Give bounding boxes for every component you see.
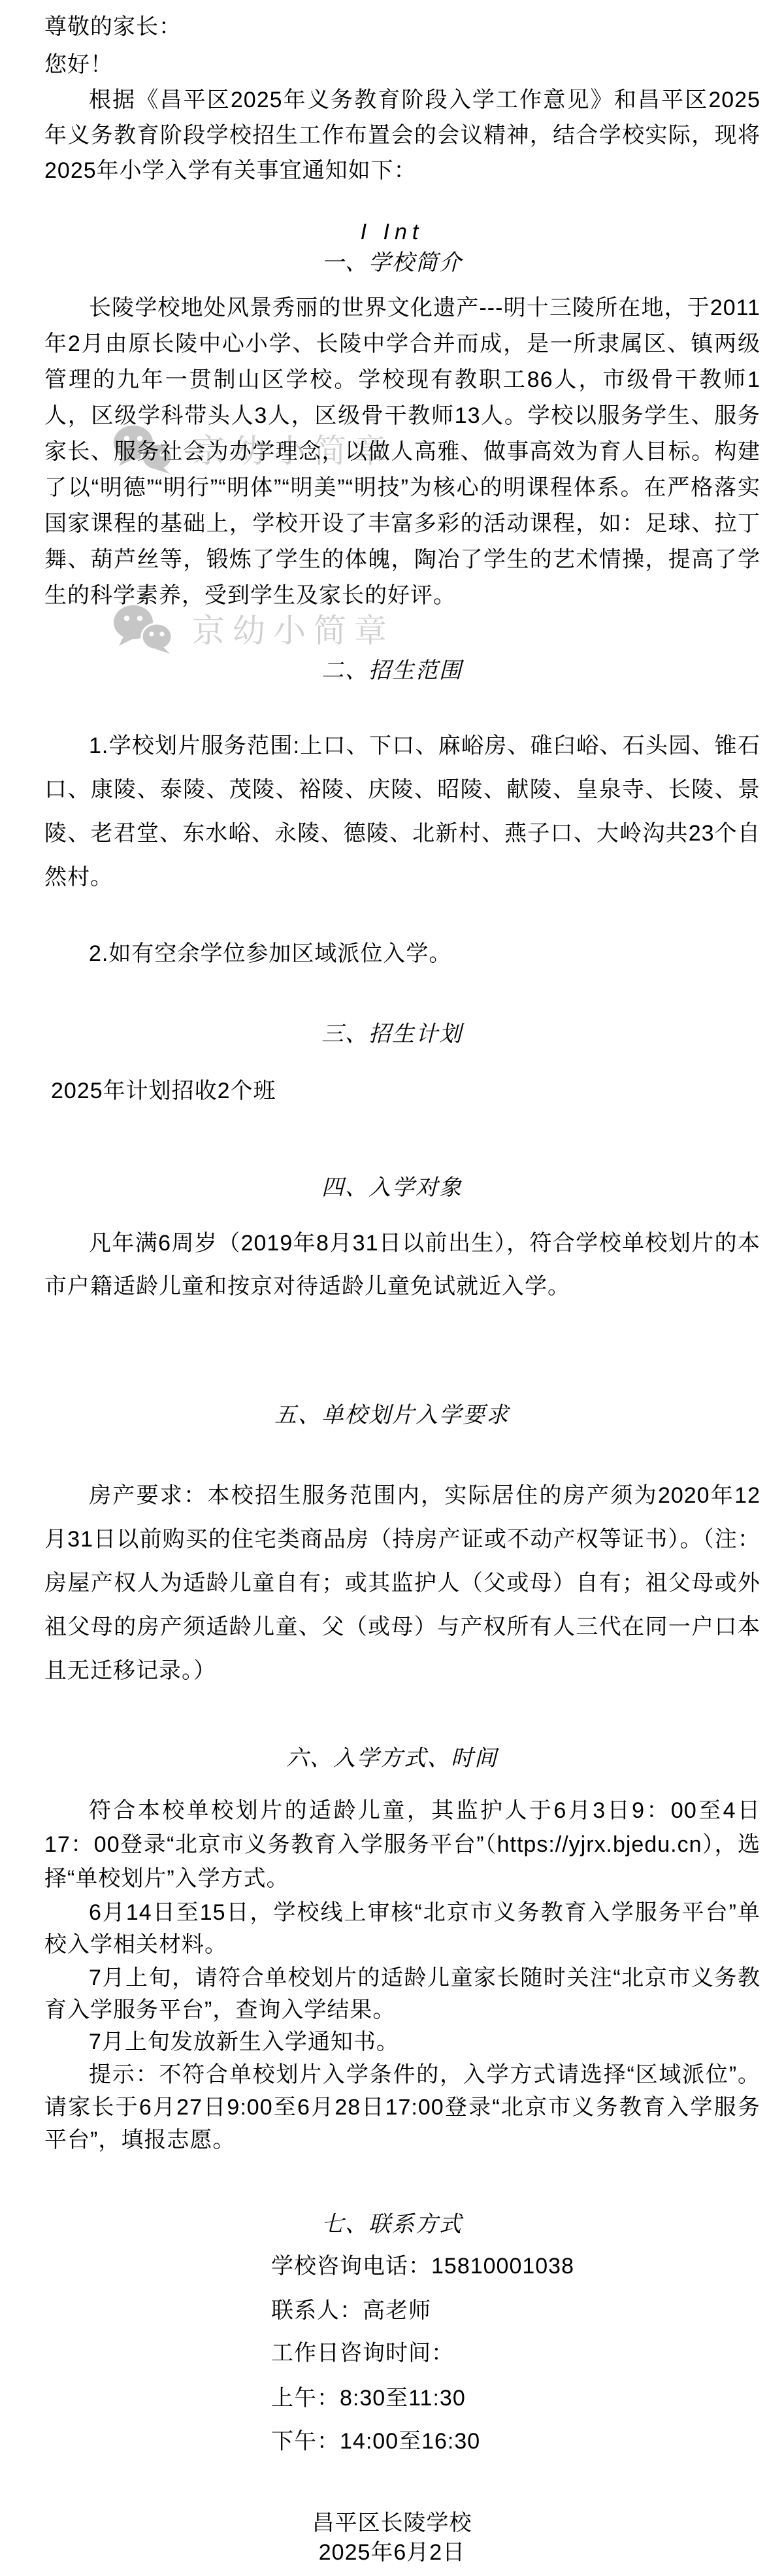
section-5-paragraph: 房产要求：本校招生服务范围内，实际居住的房产须为2020年12月31日以前购买的… (44, 1474, 760, 1693)
section-6-paragraph-5: 提示：不符合单校划片入学条件的，入学方式请选择“区域派位”。请家长于6月27日9… (44, 2058, 760, 2156)
section-6-heading: 六、入学方式、时间 (0, 1745, 784, 1772)
contact-hours-morning: 上午：8:30至11:30 (271, 2384, 466, 2412)
contact-hours-label: 工作日咨询时间： (271, 2339, 454, 2367)
greeting-line: 您好！ (44, 51, 760, 78)
notice-document: 京幼小简章 京幼小简章 尊敬的家长： 您好！ 根据《昌平区2025年义务教育 (0, 0, 784, 2576)
contact-hours-afternoon: 下午：14:00至16:30 (271, 2428, 480, 2455)
section-6-paragraph-4: 7月上旬发放新生入学通知书。 (44, 2028, 760, 2056)
contact-person-line: 联系人：高老师 (271, 2297, 431, 2324)
salutation-line: 尊敬的家长： (44, 13, 760, 41)
section-6-paragraph-2: 6月14日至15日，学校线上审核“北京市义务教育入学服务平台”单校入学相关材料。 (44, 1897, 760, 1961)
section-2-item-2: 2.如有空余学位参加区域派位入学。 (44, 940, 760, 967)
section-2-heading: 二、招生范围 (0, 657, 784, 684)
footer-school-name: 昌平区长陵学校 (0, 2509, 784, 2537)
section-1-heading: 一、学校简介 (0, 249, 784, 276)
section-6-paragraph-1: 符合本校单校划片的适龄儿童，其监护人于6月3日9：00至4日17：00登录“北京… (44, 1794, 760, 1896)
intro-paragraph: 根据《昌平区2025年义务教育阶段入学工作意见》和昌平区2025年义务教育阶段学… (44, 82, 760, 188)
pre-heading: I Int (0, 218, 784, 246)
section-3-heading: 三、招生计划 (0, 1020, 784, 1048)
section-7-heading: 七、联系方式 (0, 2211, 784, 2238)
section-6-paragraph-3: 7月上旬，请符合单校划片的适龄儿童家长随时关注“北京市义务教育入学服务平台”，查… (44, 1962, 760, 2026)
section-4-paragraph: 凡年满6周岁（2019年8月31日以前出生），符合学校单校划片的本市户籍适龄儿童… (44, 1222, 760, 1308)
section-1-paragraph: 长陵学校地处风景秀丽的世界文化遗产---明十三陵所在地，于2011年2月由原长陵… (44, 290, 760, 614)
footer-date: 2025年6月2日 (0, 2539, 784, 2566)
enrollment-plan-line: 2025年计划招收2个班 (51, 1077, 760, 1105)
section-5-heading: 五、单校划片入学要求 (0, 1401, 784, 1429)
section-2-item-1: 1.学校划片服务范围:上口、下口、麻峪房、碓臼峪、石头园、锥石口、康陵、泰陵、茂… (44, 724, 760, 899)
contact-phone-line: 学校咨询电话：15810001038 (271, 2252, 574, 2280)
section-4-heading: 四、入学对象 (0, 1174, 784, 1201)
